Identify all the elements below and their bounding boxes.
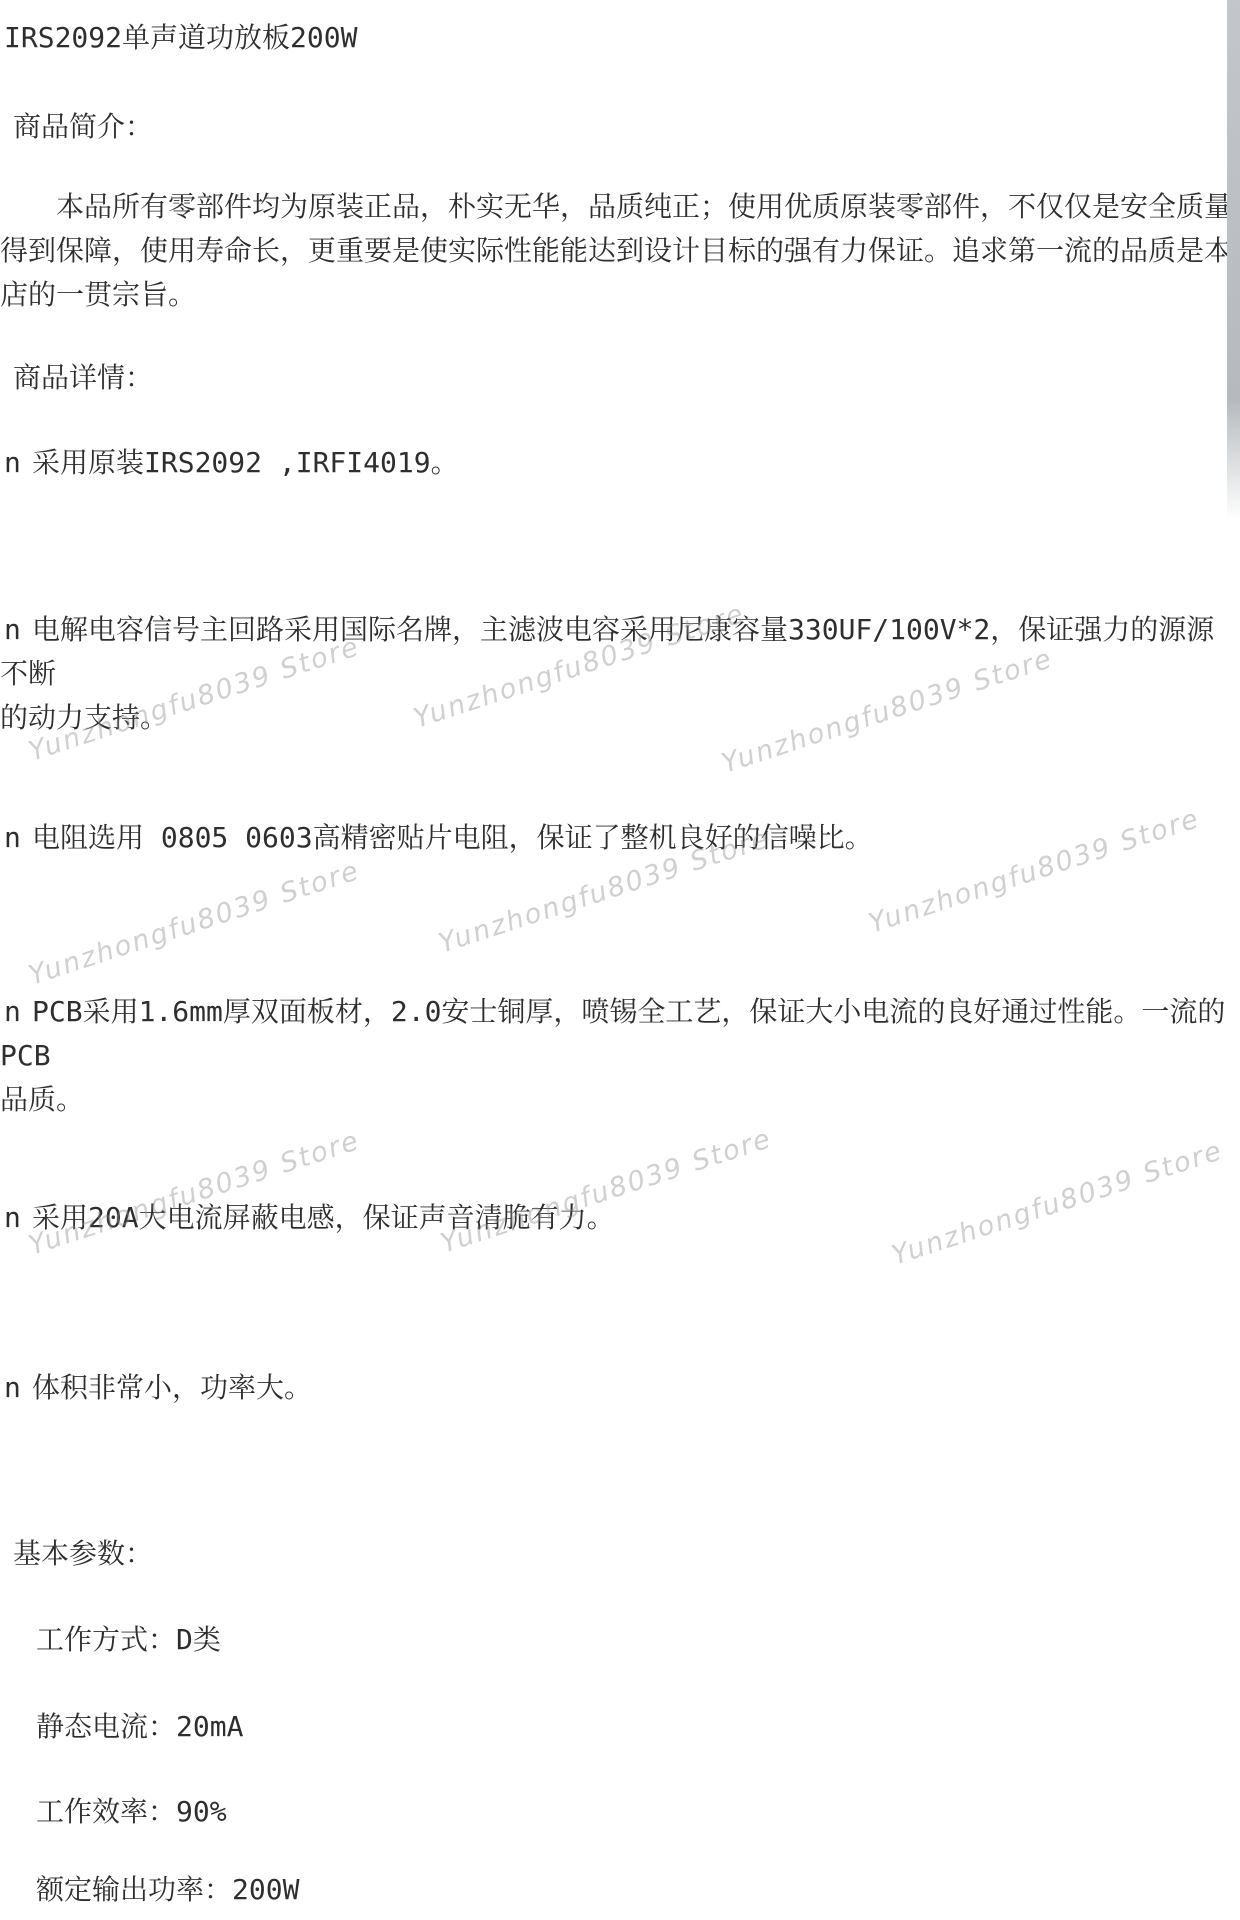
intro-line: 得到保障，使用寿命长，更重要是使实际性能能达到设计目标的强有力保证。追求第一流的… [0,229,1238,273]
bullet-marker: n [0,1366,32,1410]
detail-bullet-2: n电解电容信号主回路采用国际名牌，主滤波电容采用尼康容量330UF/100V*2… [0,608,1238,740]
detail-bullet-6: n体积非常小，功率大。 [0,1366,1238,1410]
param-value: 20mA [176,1710,243,1743]
param-row-efficiency: 工作效率：90% [36,1790,227,1834]
param-row-rated-output-power: 额定输出功率：200W [36,1868,299,1912]
param-value: 200W [232,1873,299,1906]
detail-bullet-1: n采用原装IRS2092 ,IRFI4019。 [0,441,1238,485]
param-row-quiescent-current: 静态电流：20mA [36,1705,243,1749]
section-label-params: 基本参数： [13,1532,153,1576]
section-label-details: 商品详情： [13,356,153,400]
bullet-marker: n [0,1196,32,1240]
watermark-text: Yunzhongfu8039 Store [25,855,364,991]
intro-line: 店的一贯宗旨。 [0,273,1238,317]
bullet-text-continuation: 品质。 [0,1078,1238,1122]
watermark-text: Yunzhongfu8039 Store [25,1125,364,1261]
bullet-text: 电解电容信号主回路采用国际名牌，主滤波电容采用尼康容量330UF/100V*2，… [0,613,1214,690]
bullet-marker: n [0,816,32,860]
bullet-text-continuation: 的动力支持。 [0,696,1238,740]
product-title: IRS2092单声道功放板200W [4,16,357,60]
detail-bullet-5: n采用20A大电流屏蔽电感，保证声音清脆有力。 [0,1196,1238,1240]
param-value: D类 [176,1623,221,1656]
param-label: 工作效率： [36,1795,176,1828]
param-value: 90% [176,1795,227,1828]
bullet-marker: n [0,441,32,485]
scrollbar-strip [1227,0,1240,520]
bullet-text: 体积非常小，功率大。 [32,1371,312,1404]
bullet-text: 电阻选用 0805 0603高精密贴片电阻，保证了整机良好的信噪比。 [32,821,873,854]
intro-paragraph: 本品所有零部件均为原装正品，朴实无华，品质纯正；使用优质原装零部件，不仅仅是安全… [0,185,1238,317]
param-label: 静态电流： [36,1710,176,1743]
bullet-marker: n [0,990,32,1034]
detail-bullet-3: n电阻选用 0805 0603高精密贴片电阻，保证了整机良好的信噪比。 [0,816,1238,860]
param-label: 额定输出功率： [36,1873,232,1906]
intro-line: 本品所有零部件均为原装正品，朴实无华，品质纯正；使用优质原装零部件，不仅仅是安全… [0,185,1238,229]
bullet-text: 采用原装IRS2092 ,IRFI4019。 [32,446,459,479]
bullet-marker: n [0,608,32,652]
param-row-work-mode: 工作方式：D类 [36,1618,221,1662]
section-label-intro: 商品简介： [13,105,153,149]
bullet-text: 采用20A大电流屏蔽电感，保证声音清脆有力。 [32,1201,615,1234]
detail-bullet-4: nPCB采用1.6mm厚双面板材，2.0安士铜厚，喷锡全工艺，保证大小电流的良好… [0,990,1238,1122]
param-label: 工作方式： [36,1623,176,1656]
bullet-text: PCB采用1.6mm厚双面板材，2.0安士铜厚，喷锡全工艺，保证大小电流的良好通… [0,995,1225,1072]
product-description-page: IRS2092单声道功放板200W 商品简介： 本品所有零部件均为原装正品，朴实… [0,0,1240,1920]
